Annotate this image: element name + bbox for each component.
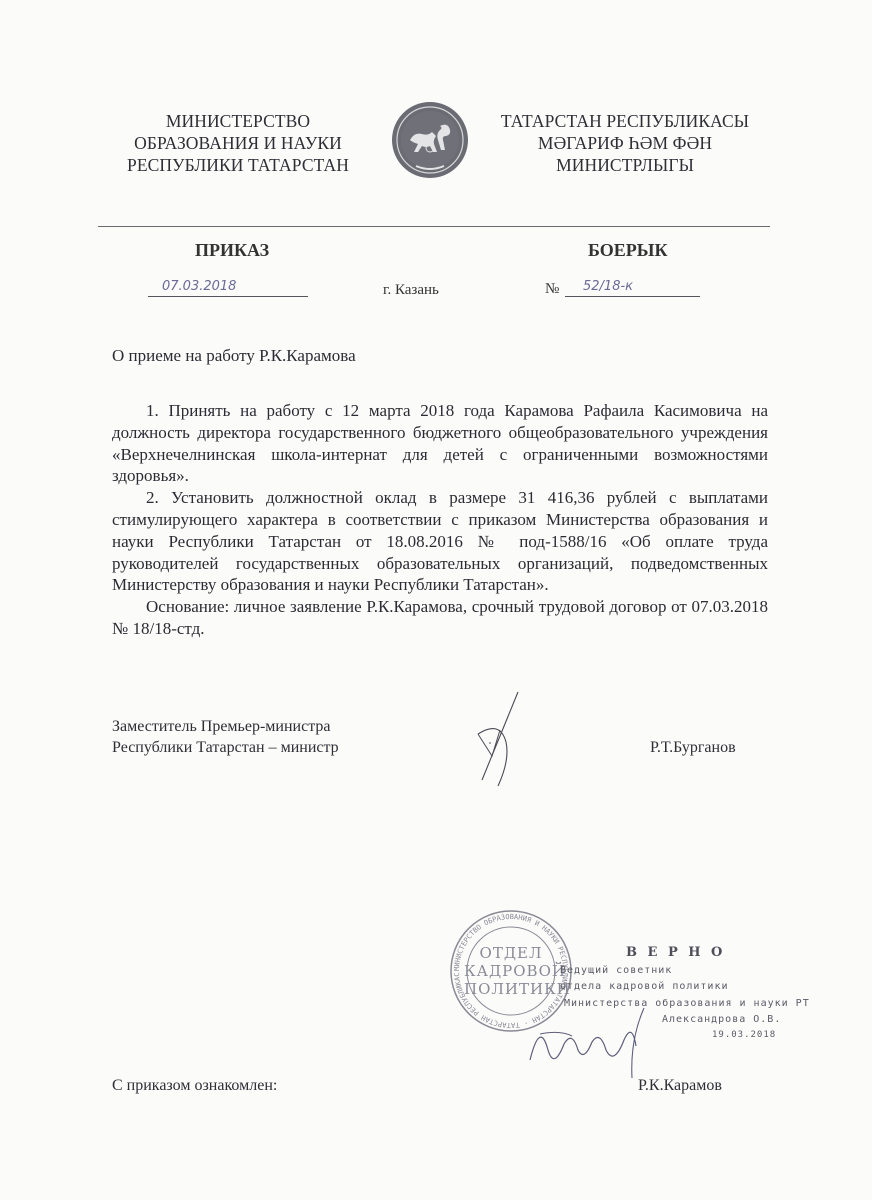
order-body: 1. Принять на работу с 12 марта 2018 год…: [112, 400, 768, 640]
ministry-name-ru: МИНИСТЕРСТВО ОБРАЗОВАНИЯ И НАУКИ РЕСПУБЛ…: [118, 110, 358, 176]
certification-date: 19.03.2018: [712, 1030, 776, 1040]
acknowledgement-name: Р.К.Карамов: [638, 1075, 722, 1096]
certifier-department: отдела кадровой политики: [560, 981, 729, 992]
header-left-line: ОБРАЗОВАНИЯ И НАУКИ: [118, 132, 358, 154]
signatory-position: Заместитель Премьер-министра Республики …: [112, 716, 339, 758]
header-left-line: МИНИСТЕРСТВО: [118, 110, 358, 132]
order-type-ru: ПРИКАЗ: [195, 240, 269, 261]
order-subject: О приеме на работу Р.К.Карамова: [112, 346, 356, 366]
header-left-line: РЕСПУБЛИКИ ТАТАРСТАН: [118, 154, 358, 176]
order-paragraph: 1. Принять на работу с 12 марта 2018 год…: [112, 400, 768, 487]
header-divider: [98, 226, 770, 227]
certifier-title: Ведущий советник: [560, 965, 672, 976]
order-date-field: 07.03.2018: [148, 280, 308, 297]
order-paragraph: 2. Установить должностной оклад в размер…: [112, 487, 768, 596]
header-right-line: ТАТАРСТАН РЕСПУБЛИКАСЫ: [490, 110, 760, 132]
signatory-position-line: Республики Татарстан – министр: [112, 737, 339, 758]
header-right-line: МӘГАРИФ ҺӘМ ФӘН: [490, 132, 760, 154]
order-number-field: 52/18-к: [565, 280, 700, 297]
stamp-center-line: ОТДЕЛ: [464, 944, 558, 962]
order-date: 07.03.2018: [162, 279, 236, 294]
certifier-name: Александрова О.В.: [662, 1014, 781, 1025]
stamp-center-line: КАДРОВОЙ: [464, 962, 558, 980]
order-number: 52/18-к: [583, 279, 633, 294]
order-basis: Основание: личное заявление Р.К.Карамова…: [112, 596, 768, 640]
order-number-label: №: [545, 281, 559, 298]
emblem-icon: [390, 100, 470, 180]
stamp-center-line: ПОЛИТИКИ: [464, 980, 558, 998]
order-type-tt: БОЕРЫК: [588, 240, 668, 261]
header-right-line: МИНИСТРЛЫГЫ: [490, 154, 760, 176]
signature-mark: [470, 690, 530, 790]
signatory-name: Р.Т.Бурганов: [650, 737, 736, 758]
ministry-name-tt: ТАТАРСТАН РЕСПУБЛИКАСЫ МӘГАРИФ ҺӘМ ФӘН М…: [490, 110, 760, 176]
certifier-signature: [520, 1000, 660, 1080]
acknowledgement-label: С приказом ознакомлен:: [112, 1075, 277, 1096]
verno-label: В Е Р Н О: [626, 945, 725, 960]
signatory-position-line: Заместитель Премьер-министра: [112, 716, 339, 737]
order-city: г. Казань: [383, 282, 439, 299]
